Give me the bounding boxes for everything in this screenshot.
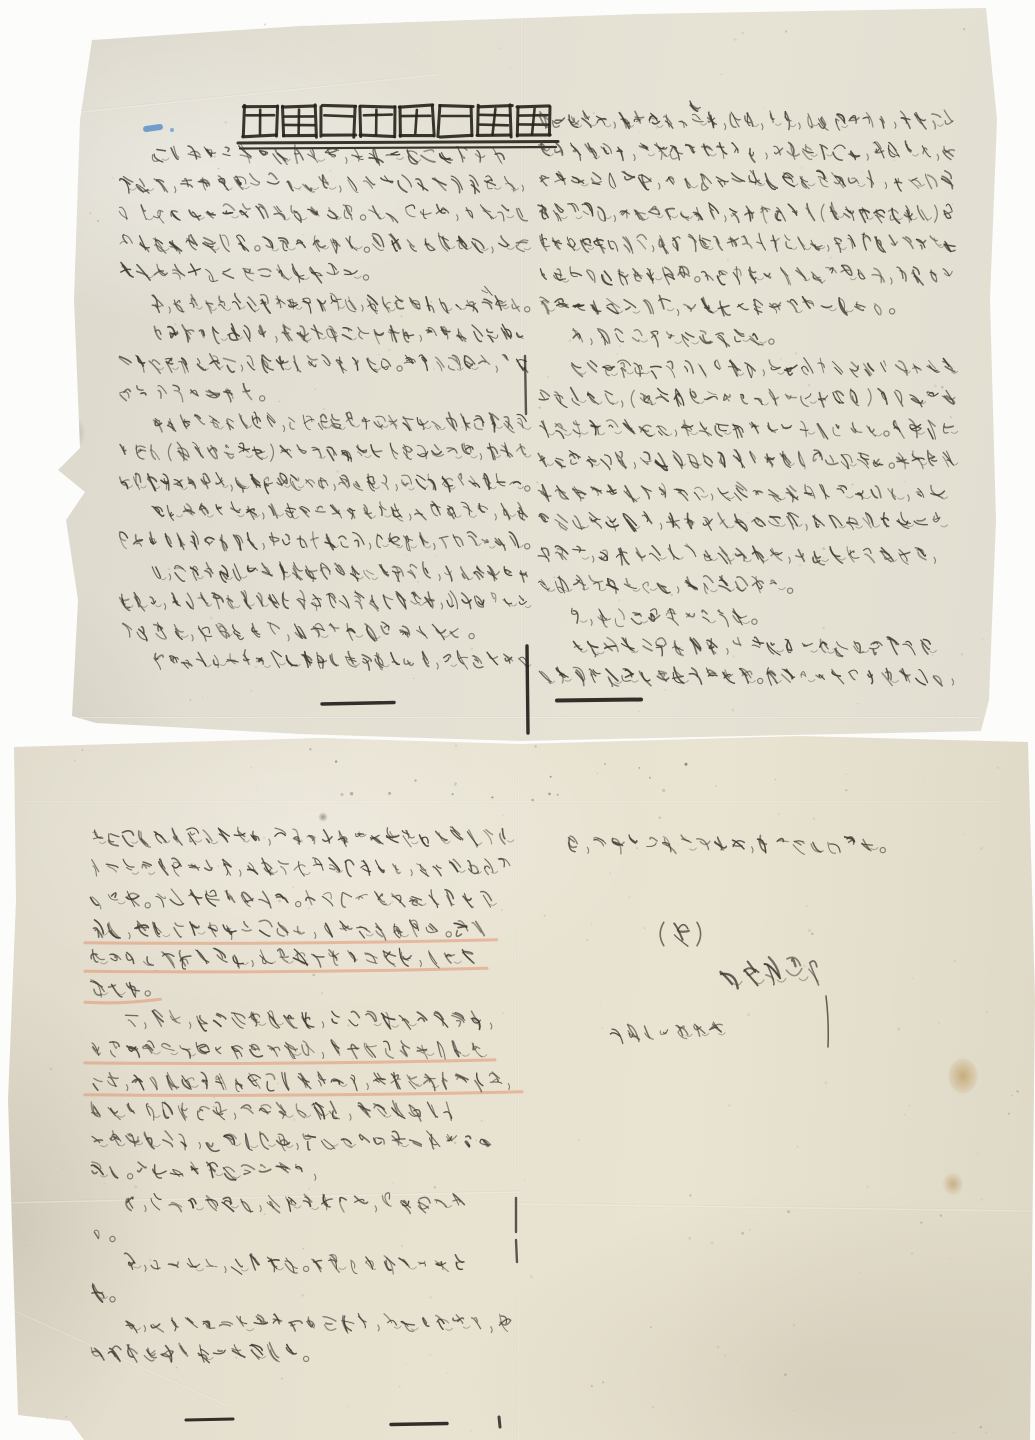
fold-crease	[517, 735, 520, 1440]
photo-backdrop: 目前时局学习要点 （完） 分区政治部 二月二十四日印	[0, 0, 1035, 1440]
fold-crease	[0, 1299, 229, 1407]
edge-smudge	[60, 416, 86, 450]
fold-crease	[520, 18, 523, 736]
blue-ink-mark	[143, 124, 164, 133]
fold-crease	[80, 716, 980, 719]
fold-crease	[20, 800, 1000, 803]
edge-smudge	[56, 352, 78, 378]
stain	[942, 1172, 964, 1196]
blue-ink-mark	[170, 128, 174, 132]
fold-crease	[0, 1191, 520, 1205]
stain	[948, 1058, 978, 1094]
fold-crease	[79, 73, 437, 114]
stain	[318, 812, 328, 822]
fold-crease	[515, 1202, 1035, 1212]
